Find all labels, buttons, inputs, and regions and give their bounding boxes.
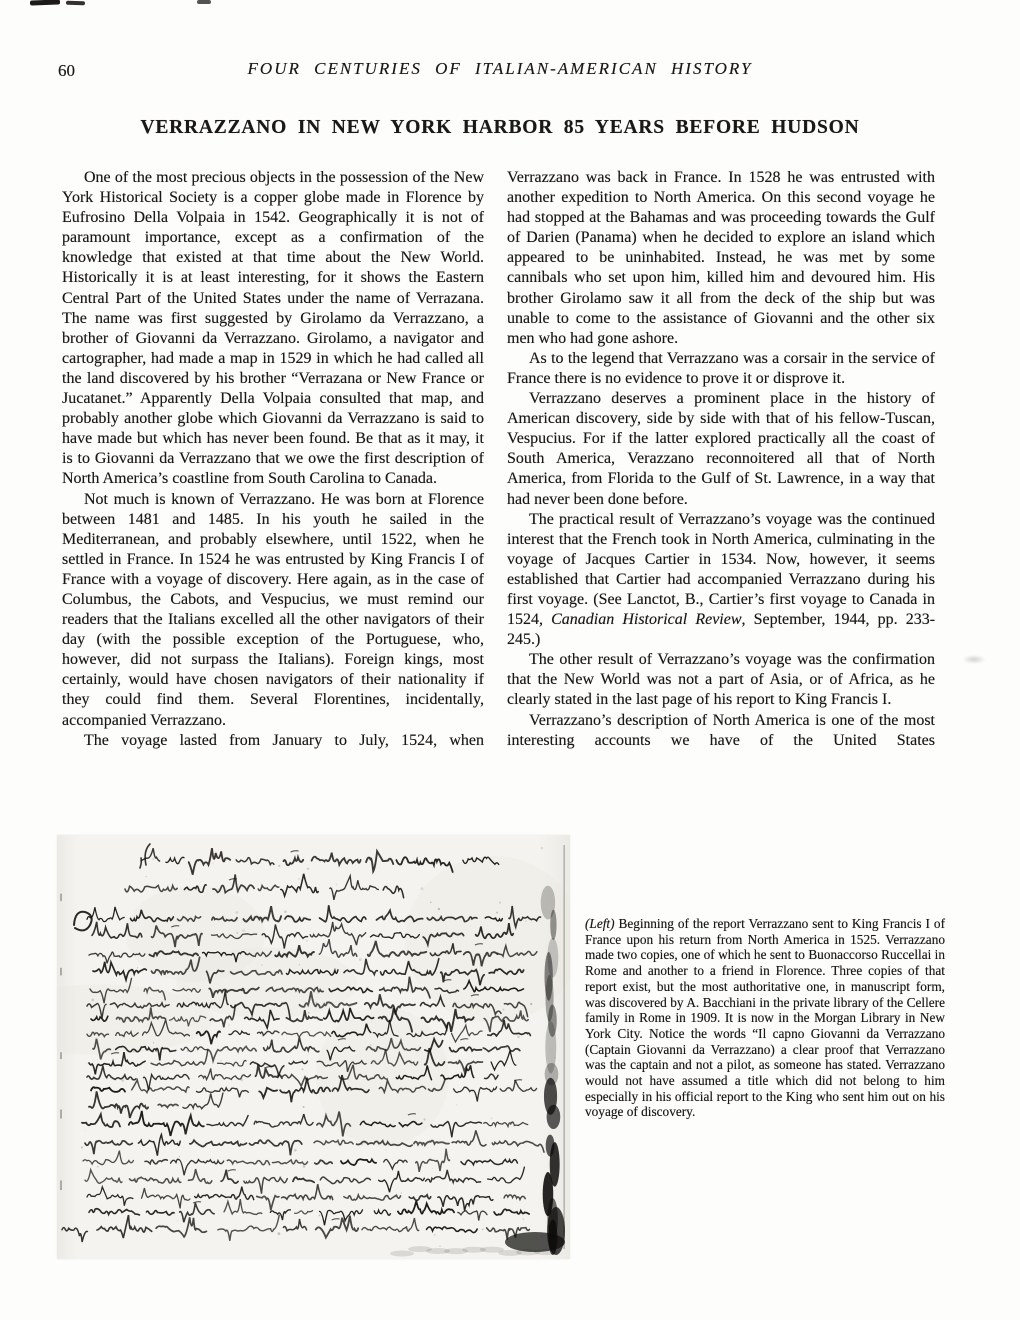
book-page: { "page": { "number": "60", "running_tit… bbox=[0, 0, 1020, 1320]
paragraph: One of the most precious objects in the … bbox=[62, 168, 484, 490]
paragraph: Verrazzano deserves a prominent place in… bbox=[507, 389, 935, 510]
paragraph: The other result of Verrazzano’s voyage … bbox=[507, 650, 935, 710]
scan-artifact-mark bbox=[30, 0, 60, 6]
paragraph: Not much is known of Verrazzano. He was … bbox=[62, 490, 484, 731]
paragraph: Verrazzano’s description of North Americ… bbox=[507, 711, 935, 751]
scanned-page: 60 FOUR CENTURIES OF ITALIAN-AMERICAN HI… bbox=[0, 0, 1020, 1320]
paragraph: The practical result of Verrazzano’s voy… bbox=[507, 510, 935, 651]
scan-smudge bbox=[962, 655, 986, 664]
text-column-right: Verrazzano was back in France. In 1528 h… bbox=[507, 168, 935, 751]
paragraph: (Left) Beginning of the report Verrazzan… bbox=[585, 916, 945, 1120]
article-heading: VERRAZZANO IN NEW YORK HARBOR 85 YEARS B… bbox=[40, 117, 960, 139]
manuscript-figure bbox=[57, 835, 570, 1259]
scan-artifact-mark bbox=[197, 0, 211, 4]
scan-artifact-mark bbox=[66, 1, 85, 5]
paragraph: Verrazzano was back in France. In 1528 h… bbox=[507, 168, 935, 349]
figure-caption: (Left) Beginning of the report Verrazzan… bbox=[585, 916, 945, 1120]
running-title: FOUR CENTURIES OF ITALIAN-AMERICAN HISTO… bbox=[40, 59, 960, 79]
manuscript-handwriting-image bbox=[57, 835, 570, 1259]
text-column-left: One of the most precious objects in the … bbox=[62, 168, 484, 751]
paragraph: As to the legend that Verrazzano was a c… bbox=[507, 349, 935, 389]
paragraph: The voyage lasted from January to July, … bbox=[62, 731, 484, 751]
